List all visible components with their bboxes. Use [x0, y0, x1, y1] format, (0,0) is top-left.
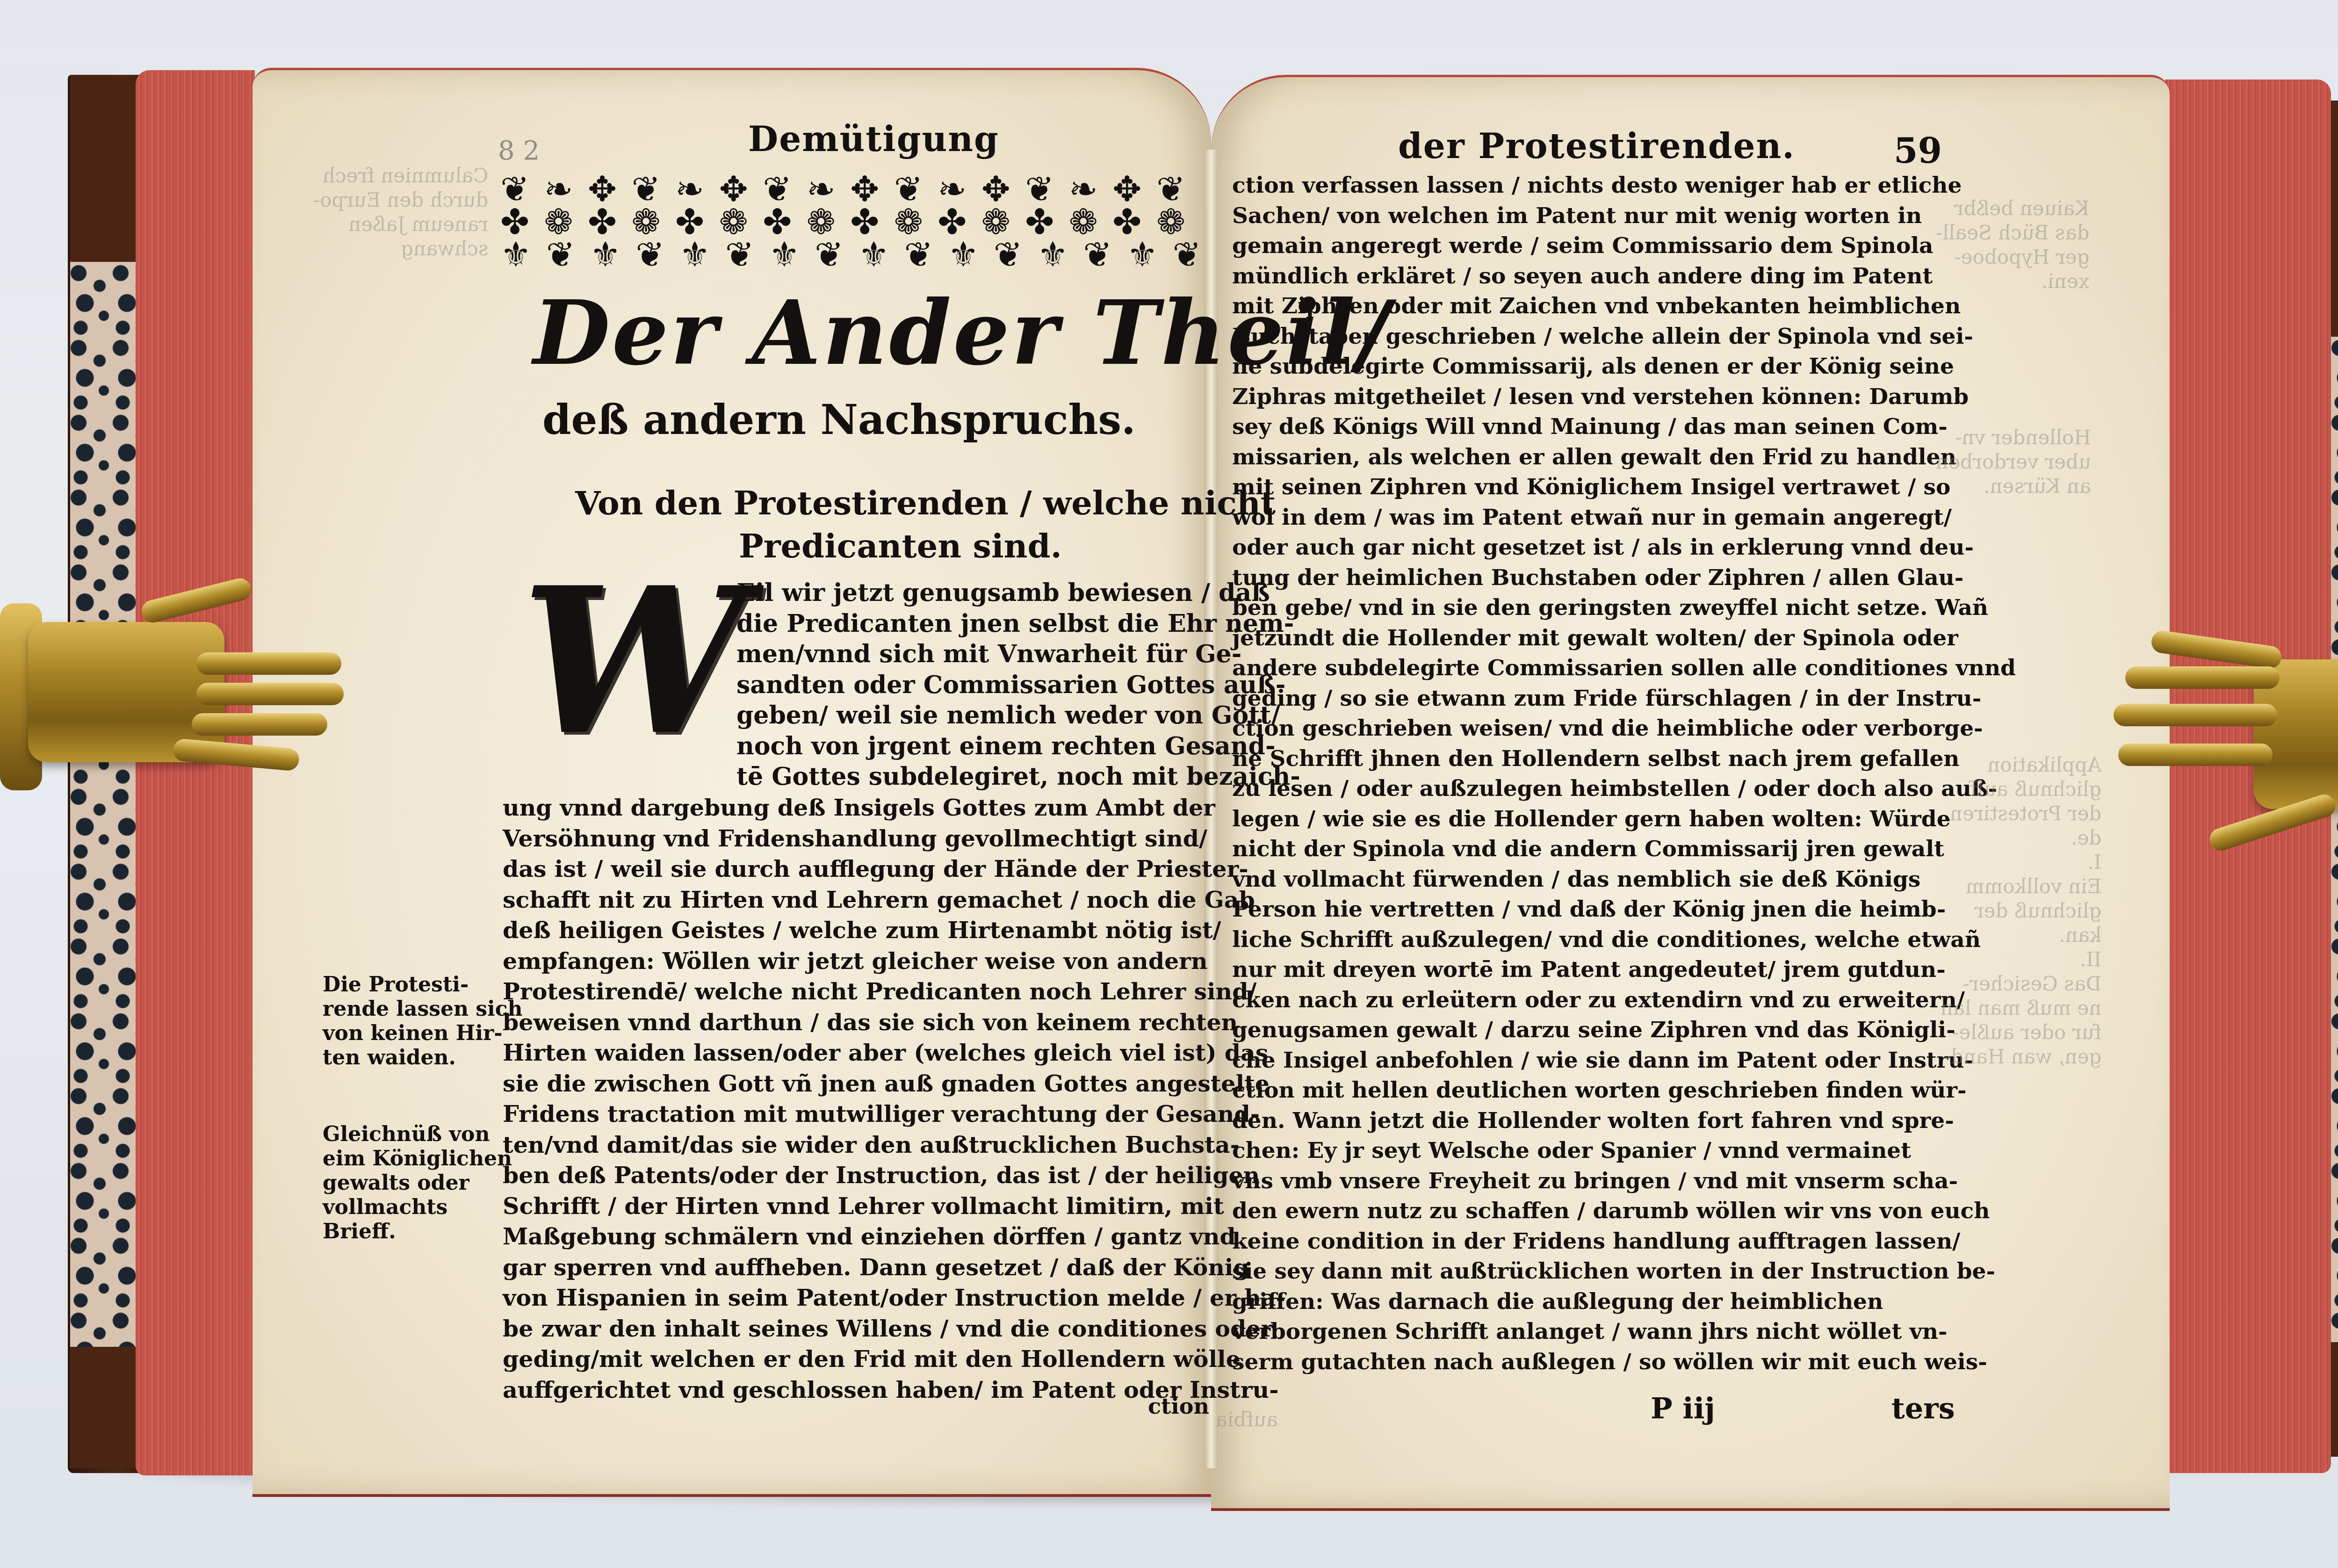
- text-line: Schrifft / der Hirten vnnd Lehrer vollma…: [503, 1191, 1285, 1222]
- right-clamp-finger: [2118, 744, 2273, 766]
- show-through-line: raneum Jaßen: [313, 212, 488, 237]
- text-line: von Hispanien in seim Patent/oder Instru…: [503, 1283, 1285, 1314]
- show-through-line: durch den Eurpo-: [313, 188, 488, 212]
- catchword: ters: [1891, 1391, 1955, 1425]
- margin-note-line: rende lassen sich: [323, 997, 523, 1021]
- show-through-line: Das Gesicher-: [1941, 972, 2101, 996]
- show-through-margin-low: Applikation glichnuß auff der Protestire…: [1941, 753, 2101, 1069]
- text-line: die Predicanten jnen selbst die Ehr nem-: [736, 608, 1300, 639]
- show-through-line: fur oder außle-: [1941, 1020, 2101, 1045]
- text-line: Hirten waiden lassen/oder aber (welches …: [503, 1038, 1285, 1069]
- text-line: chen: Ey jr seyt Welsche oder Spanier / …: [1232, 1136, 2016, 1166]
- text-line: ben deß Patents/oder der Instruction, da…: [503, 1160, 1285, 1191]
- text-line: deß heiligen Geistes / welche zum Hirten…: [503, 915, 1285, 946]
- text-line: wol in dem / was im Patent etwañ nur in …: [1232, 503, 2016, 533]
- text-line: zu lesen / oder außzulegen heimbstellen …: [1232, 774, 2016, 804]
- show-through-line: ne muß man lan: [1941, 996, 2101, 1020]
- ornament-row: ❦ ❧ ✥ ❦ ❧ ✥ ❦ ❧ ✥ ❦ ❧ ✥ ❦ ❧ ✥ ❦ ❧ ✥ ❦: [500, 173, 1197, 206]
- margin-note-1: Die Protesti- rende lassen sich von kein…: [323, 973, 523, 1070]
- margin-note-line: von keinen Hir-: [323, 1021, 523, 1046]
- right-clamp-finger: [2114, 704, 2277, 726]
- text-line: jetzundt die Hollender mit gewalt wolten…: [1232, 623, 2016, 654]
- show-through-line: das Büch Seall-: [1936, 221, 2089, 245]
- text-line: geding/mit welchen er den Frid mit den H…: [503, 1344, 1285, 1375]
- text-line: mit Ziphren oder mit Zaichen vnd vnbekan…: [1232, 291, 2016, 322]
- right-clamp-finger: [2125, 666, 2280, 689]
- text-line: serm gutachten nach außlegen / so wöllen…: [1232, 1347, 2016, 1378]
- show-through-line: der Protestiren: [1941, 802, 2101, 826]
- ornament-row: ✤ ❁ ✤ ❁ ✤ ❁ ✤ ❁ ✤ ❁ ✤ ❁ ✤ ❁ ✤ ❁ ✤ ❁ ✤: [500, 206, 1197, 238]
- text-line: ne Schrifft jhnen den Hollendern selbst …: [1232, 744, 2016, 774]
- text-line: mit seinen Ziphren vnd Königlichem Insig…: [1232, 472, 2016, 503]
- show-through-line: Ein vollkomm: [1941, 874, 2101, 899]
- text-line: be zwar den inhalt seines Willens / vnd …: [503, 1314, 1285, 1344]
- text-line: genugsamen gewalt / darzu seine Ziphren …: [1232, 1015, 2016, 1046]
- left-indented-text: Eil wir jetzt genugsamb bewiesen / daß d…: [736, 578, 1300, 792]
- text-line: Fridens tractation mit mutwilliger verac…: [503, 1099, 1285, 1130]
- text-line: Eil wir jetzt genugsamb bewiesen / daß: [736, 578, 1300, 608]
- text-line: men/vnnd sich mit Vnwarheit für Ge-: [736, 639, 1300, 670]
- part-subtitle: deß andern Nachspruchs.: [542, 395, 1136, 444]
- show-through-line: Applikation: [1941, 753, 2101, 777]
- show-through-line: Kaiuen beßbr: [1936, 196, 2089, 221]
- text-line: geding / so sie etwann zum Fride fürschl…: [1232, 684, 2016, 714]
- ornament-row: ⚜ ❦ ⚜ ❦ ⚜ ❦ ⚜ ❦ ⚜ ❦ ⚜ ❦ ⚜ ❦ ⚜ ❦ ⚜: [500, 238, 1197, 271]
- left-clamp-finger: [196, 652, 341, 675]
- left-running-head: Demütigung: [748, 119, 999, 159]
- text-line: tē Gottes subdelegiret, noch mit bezaich…: [736, 761, 1300, 792]
- show-through-line: ger Hypoboe-: [1936, 245, 2089, 269]
- right-body-text: ction verfassen lassen / nichts desto we…: [1232, 171, 2016, 1377]
- leather-corner-top-left: [70, 75, 136, 271]
- show-through-line: II.: [1941, 947, 2101, 972]
- text-line: sey deß Königs Will vnnd Mainung / das m…: [1232, 412, 2016, 442]
- text-line: legen / wie sie es die Hollender gern ha…: [1232, 804, 2016, 835]
- show-through-line: glichnuß der: [1941, 899, 2101, 923]
- text-line: vnd vollmacht fürwenden / das nemblich s…: [1232, 865, 2016, 895]
- text-line: ction geschrieben weisen/ vnd die heimbl…: [1232, 714, 2016, 744]
- text-line: gemain angeregt werde / seim Commissario…: [1232, 231, 2016, 261]
- drop-cap-initial: W: [521, 568, 708, 765]
- text-line: sandten oder Commissarien Gottes auß-: [736, 670, 1300, 701]
- text-line: sie die zwischen Gott vñ jnen auß gnaden…: [503, 1069, 1285, 1099]
- text-line: beweisen vnnd darthun / das sie sich von…: [503, 1007, 1285, 1038]
- text-line: oder auch gar nicht gesetzet ist / als i…: [1232, 533, 2016, 563]
- show-through-line: xeni.: [1936, 269, 2089, 294]
- text-line: Sachen/ von welchen im Patent nur mit we…: [1232, 201, 2016, 231]
- text-line: geben/ weil sie nemlich weder von Gott/: [736, 700, 1300, 731]
- margin-note-line: Die Protesti-: [323, 973, 523, 997]
- text-line: verborgenen Schrifft anlanget / wann jhr…: [1232, 1317, 2016, 1347]
- text-line: griffen: Was darnach die außlegung der h…: [1232, 1287, 2016, 1317]
- text-line: gar sperren vnd auffheben. Dann gesetzet…: [503, 1252, 1285, 1283]
- right-folio: 59: [1894, 131, 1942, 171]
- text-line: ten/vnd damit/das sie wider den außtruck…: [503, 1130, 1285, 1161]
- marbled-paper-left: [70, 262, 136, 1347]
- text-line: Protestirendē/ welche nicht Predicanten …: [503, 976, 1285, 1007]
- text-line: ben gebe/ vnd in sie den geringsten zwey…: [1232, 593, 2016, 623]
- text-line: Maßgebung schmälern vnd einziehen dörffe…: [503, 1221, 1285, 1252]
- text-line: che Insigel anbefohlen / wie sie dann im…: [1232, 1046, 2016, 1076]
- show-through-line: schwang: [313, 237, 488, 261]
- show-through-line: gen, wan Hand-: [1941, 1045, 2101, 1069]
- text-line: vns vmb vnsere Freyheit zu bringen / vnd…: [1232, 1166, 2016, 1197]
- leather-corner-top-right: [2331, 101, 2338, 344]
- text-line: ction mit hellen deutlichen worten gesch…: [1232, 1076, 2016, 1106]
- text-line: ction verfassen lassen / nichts desto we…: [1232, 171, 2016, 201]
- text-line: Ziphras mitgetheilet / lesen vnd versteh…: [1232, 382, 2016, 412]
- show-through-line: de.: [1941, 826, 2101, 850]
- text-line: cken nach zu erleütern oder zu extendirn…: [1232, 985, 2016, 1016]
- text-line: ne subdelegirte Commissarij, als denen e…: [1232, 352, 2016, 382]
- show-through-line: uber verdorben: [1936, 450, 2091, 474]
- margin-note-line: gewalts oder: [323, 1171, 512, 1195]
- show-through-line: glichnuß auff: [1941, 777, 2101, 802]
- margin-note-line: eim Königlichen: [323, 1147, 512, 1171]
- show-through-margin-top: Kaiuen beßbr das Büch Seall- ger Hypoboe…: [1936, 196, 2089, 294]
- text-line: missarien, als welchen er allen gewalt d…: [1232, 442, 2016, 473]
- margin-note-line: vollmachts: [323, 1195, 512, 1220]
- text-line: nur mit dreyen wortē im Patent angedeute…: [1232, 955, 2016, 985]
- left-clamp-finger: [192, 713, 327, 736]
- text-line: liche Schrifft außzulegen/ vnd die condi…: [1232, 925, 2016, 955]
- show-through-line: I.: [1941, 850, 2101, 874]
- show-through-line: Calumnien frech: [313, 164, 488, 188]
- text-line: Versöhnung vnd Fridenshandlung gevollmec…: [503, 824, 1285, 854]
- text-line: den ewern nutz zu schaffen / darumb wöll…: [1232, 1196, 2016, 1227]
- left-catch-fragment: ction: [1148, 1391, 1209, 1422]
- text-line: nicht der Spinola vnd die andern Commiss…: [1232, 834, 2016, 865]
- right-running-head: der Protestirenden.: [1398, 126, 1795, 166]
- red-page-edge-left: [136, 70, 255, 1475]
- left-clamp-finger: [196, 683, 344, 705]
- text-line: den. Wann jetzt die Hollender wolten for…: [1232, 1106, 2016, 1136]
- margin-note-line: Gleichnüß von: [323, 1122, 512, 1147]
- left-folio-faint: 8 2: [498, 136, 540, 166]
- show-through-line: an Kürsen.: [1936, 474, 2091, 499]
- section-heading-line: Von den Protestirenden / welche nicht: [575, 482, 1276, 525]
- show-through-text-left: Calumnien frech durch den Eurpo- raneum …: [313, 164, 488, 261]
- text-line: das ist / weil sie durch aufflegung der …: [503, 854, 1285, 885]
- text-line: andere subdelegirte Commissarien sollen …: [1232, 653, 2016, 684]
- show-through-margin-mid: Hollender vn- uber verdorben an Kürsen.: [1936, 426, 2091, 499]
- text-line: noch von jrgent einem rechten Gesand-: [736, 731, 1300, 762]
- show-through-bottom: aufbia: [1216, 1408, 1278, 1432]
- text-line: empfangen: Wöllen wir jetzt gleicher wei…: [503, 946, 1285, 977]
- text-line: Buchstaben geschrieben / welche allein d…: [1232, 322, 2016, 352]
- ornamental-headpiece: ❦ ❧ ✥ ❦ ❧ ✥ ❦ ❧ ✥ ❦ ❧ ✥ ❦ ❧ ✥ ❦ ❧ ✥ ❦ ✤ …: [500, 173, 1197, 290]
- margin-note-line: ten waiden.: [323, 1046, 523, 1070]
- show-through-line: Hollender vn-: [1936, 426, 2091, 450]
- text-line: mündlich erkläret / so seyen auch andere…: [1232, 261, 2016, 292]
- left-body-text: ung vnnd dargebung deß Insigels Gottes z…: [503, 793, 1285, 1405]
- text-line: sie sey dann mit außtrücklichen worten i…: [1232, 1257, 2016, 1287]
- leather-corner-bottom-left: [70, 1347, 136, 1468]
- leather-corner-bottom-right: [2331, 1342, 2338, 1454]
- margin-note-line: Brieff.: [323, 1220, 512, 1244]
- marbled-paper-right: [2331, 337, 2338, 1342]
- text-line: Person hie vertretten / vnd daß der Köni…: [1232, 895, 2016, 925]
- signature-mark: P iij: [1651, 1391, 1715, 1425]
- text-line: keine condition in der Fridens handlung …: [1232, 1227, 2016, 1257]
- text-line: ung vnnd dargebung deß Insigels Gottes z…: [503, 793, 1285, 824]
- text-line: tung der heimlichen Buchstaben oder Ziph…: [1232, 563, 2016, 593]
- margin-note-2: Gleichnüß von eim Königlichen gewalts od…: [323, 1122, 512, 1244]
- show-through-line: kan.: [1941, 923, 2101, 947]
- book-photo-scene: 8 2 Demütigung ❦ ❧ ✥ ❦ ❧ ✥ ❦ ❧ ✥ ❦ ❧ ✥ ❦…: [0, 0, 2338, 1568]
- text-line: schafft nit zu Hirten vnd Lehrern gemach…: [503, 885, 1285, 916]
